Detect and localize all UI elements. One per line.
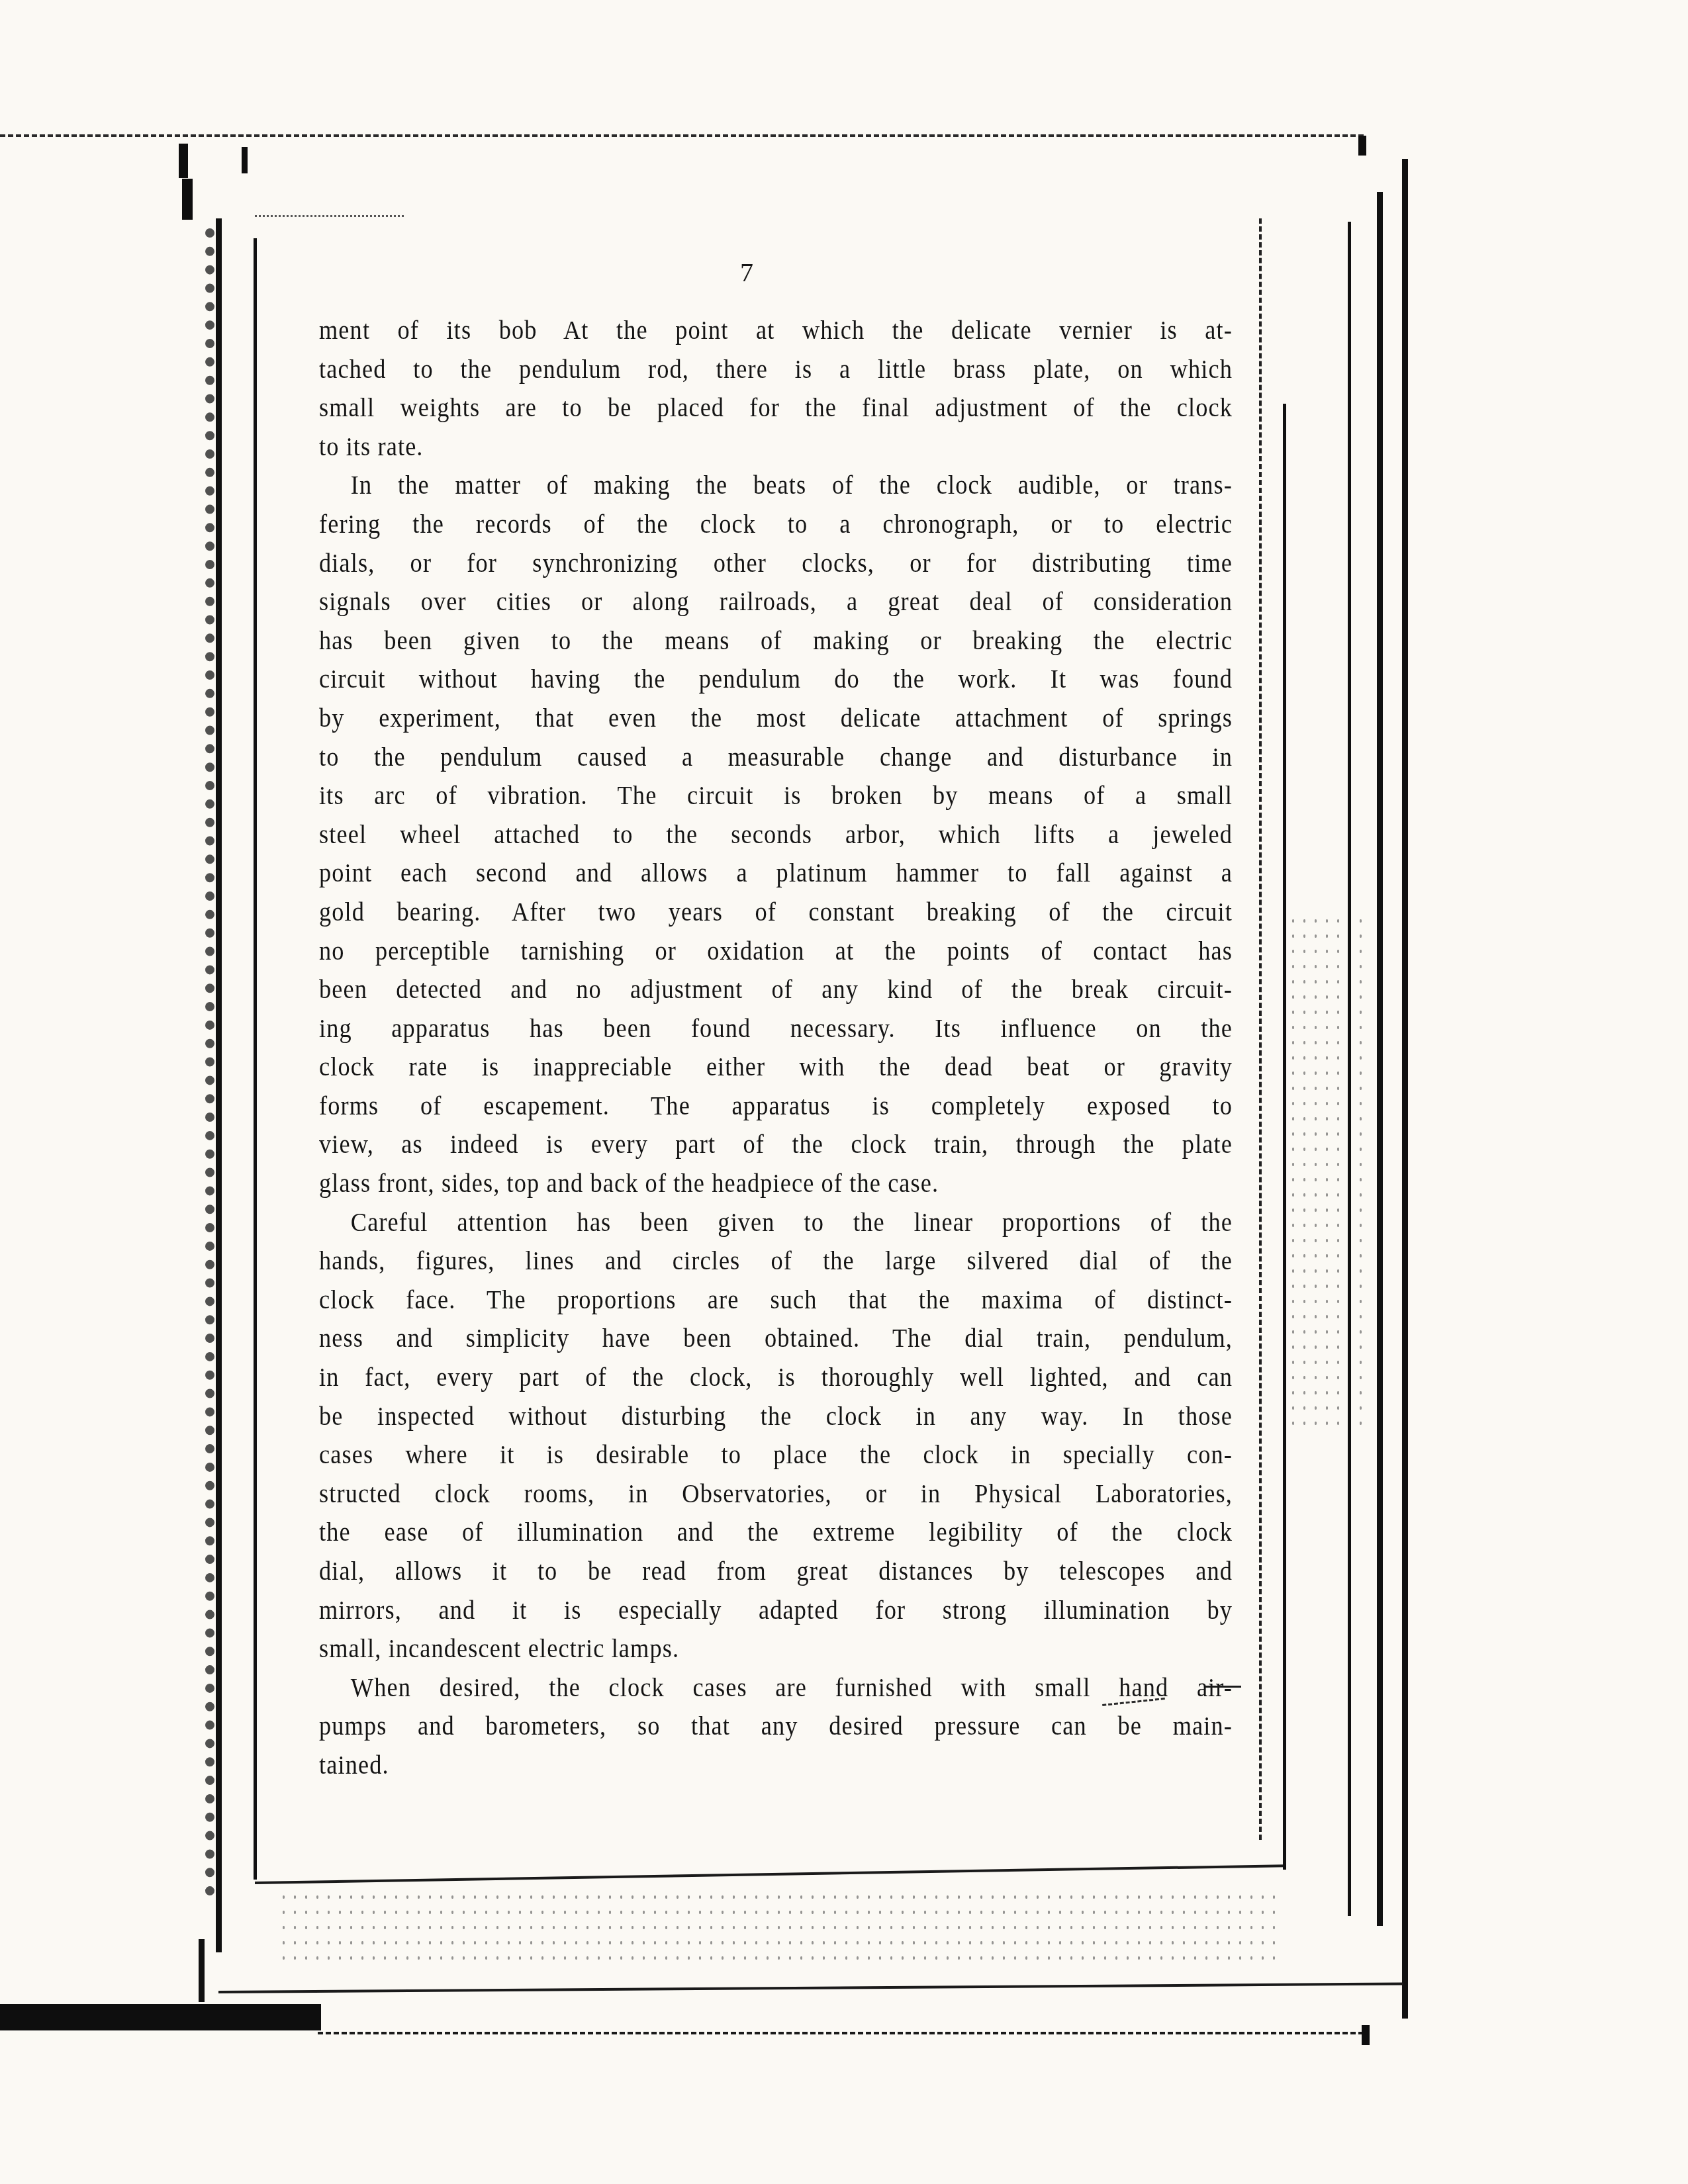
text-line: cases where it is desirable to place the… <box>319 1435 1233 1475</box>
bottom-right-tick <box>1362 2025 1370 2045</box>
left-outer-speckled-edge <box>205 228 214 1896</box>
text-line: be inspected without disturbing the cloc… <box>319 1397 1233 1436</box>
left-tick-lower <box>182 179 193 220</box>
paragraph-2: In the matter of making the beats of the… <box>319 466 1233 1203</box>
text-line: In the matter of making the beats of the… <box>319 466 1233 505</box>
text-line: to the pendulum caused a measurable chan… <box>319 738 1233 777</box>
text-line: no perceptible tarnishing or oxidation a… <box>319 932 1233 971</box>
bottom-speckle <box>278 1889 1284 1969</box>
top-left-tick-2 <box>242 147 248 173</box>
text-line: small, incandescent electric lamps. <box>319 1629 1233 1668</box>
text-line: tached to the pendulum rod, there is a l… <box>319 350 1233 389</box>
text-line: has been given to the means of making or… <box>319 621 1233 660</box>
right-edge-line-2 <box>1377 192 1383 1926</box>
handwritten-dash-mark <box>1205 1686 1241 1688</box>
bottom-edge-line-1 <box>218 1983 1403 1993</box>
text-line: fering the records of the clock to a chr… <box>319 505 1233 544</box>
bottom-left-dark-band <box>0 2004 321 2030</box>
inner-page-bottom-edge <box>255 1864 1284 1884</box>
text-line: ing apparatus has been found necessary. … <box>319 1009 1233 1048</box>
text-line: steel wheel attached to the seconds arbo… <box>319 815 1233 854</box>
text-line: view, as indeed is every part of the clo… <box>319 1125 1233 1164</box>
text-line: been detected and no adjustment of any k… <box>319 970 1233 1009</box>
inner-page-left-edge <box>254 238 257 1880</box>
bottom-left-tick <box>199 1939 205 2002</box>
text-line: ment of its bob At the point at which th… <box>319 311 1233 350</box>
inner-page-right-edge <box>1283 404 1286 1870</box>
text-line: pumps and barometers, so that any desire… <box>319 1707 1233 1746</box>
text-line: in fact, every part of the clock, is tho… <box>319 1358 1233 1397</box>
text-line: When desired, the clock cases are furnis… <box>319 1668 1233 1707</box>
top-left-tick <box>179 144 188 178</box>
page-number: 7 <box>740 257 753 288</box>
text-line: ness and simplicity have been obtained. … <box>319 1319 1233 1358</box>
text-line: the ease of illumination and the extreme… <box>319 1513 1233 1552</box>
paragraph-1: ment of its bob At the point at which th… <box>319 311 1233 466</box>
text-line: structed clock rooms, in Observatories, … <box>319 1475 1233 1514</box>
text-line: circuit without having the pendulum do t… <box>319 660 1233 699</box>
inner-top-line <box>255 215 404 217</box>
text-line: Careful attention has been given to the … <box>319 1203 1233 1242</box>
right-speckle <box>1288 913 1367 1430</box>
bottom-edge-line-2 <box>318 2032 1364 2034</box>
text-line: mirrors, and it is especially adapted fo… <box>319 1591 1233 1630</box>
text-line: signals over cities or along railroads, … <box>319 582 1233 621</box>
top-right-tick <box>1358 136 1366 156</box>
text-line: by experiment, that even the most delica… <box>319 699 1233 738</box>
text-line: tained. <box>319 1746 1233 1785</box>
paragraph-3: Careful attention has been given to the … <box>319 1203 1233 1668</box>
text-line: dials, or for synchronizing other clocks… <box>319 544 1233 583</box>
text-line: its arc of vibration. The circuit is bro… <box>319 776 1233 815</box>
text-line: forms of escapement. The apparatus is co… <box>319 1087 1233 1126</box>
text-line: clock face. The proportions are such tha… <box>319 1281 1233 1320</box>
text-line: gold bearing. After two years of constan… <box>319 893 1233 932</box>
text-line: small weights are to be placed for the f… <box>319 388 1233 428</box>
text-line: dial, allows it to be read from great di… <box>319 1552 1233 1591</box>
text-line: glass front, sides, top and back of the … <box>319 1164 1233 1203</box>
document-body: ment of its bob At the point at which th… <box>319 311 1233 1785</box>
right-edge-line-1 <box>1348 222 1351 1916</box>
right-dotted-edge <box>1259 218 1262 1840</box>
left-edge-line <box>216 218 222 1952</box>
text-line: hands, figures, lines and circles of the… <box>319 1242 1233 1281</box>
paragraph-4: When desired, the clock cases are furnis… <box>319 1668 1233 1785</box>
top-edge-line <box>0 134 1364 137</box>
right-edge-line-3 <box>1402 159 1408 2019</box>
text-line: point each second and allows a platinum … <box>319 854 1233 893</box>
text-line: clock rate is inappreciable either with … <box>319 1048 1233 1087</box>
text-line: to its rate. <box>319 428 1233 467</box>
